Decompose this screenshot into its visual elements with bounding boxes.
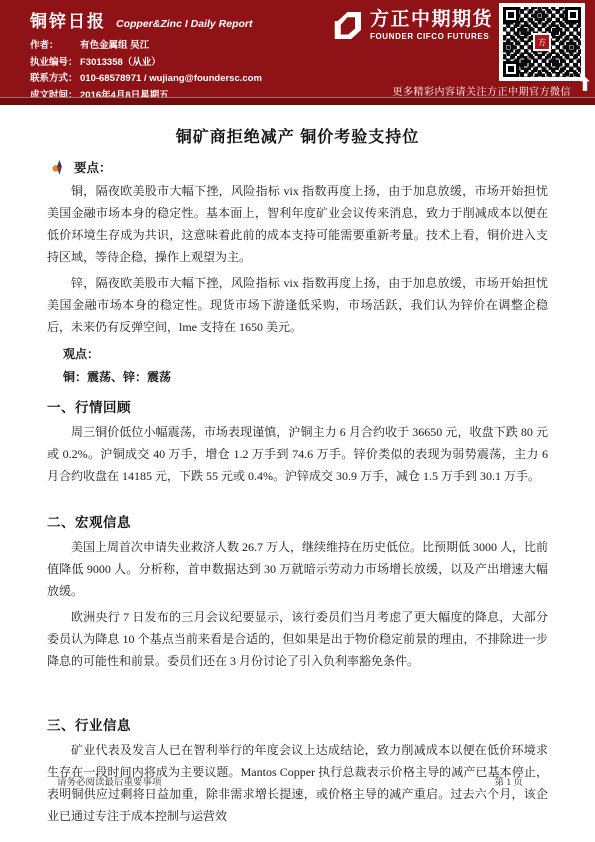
document-body: 铜矿商拒绝减产 铜价考验支持位 要点： 铜，隔夜欧美股市大幅下挫，风险指标 vi…	[0, 105, 595, 827]
article-title: 铜矿商拒绝减产 铜价考验支持位	[47, 124, 548, 147]
founder-logo-icon	[331, 9, 364, 42]
qr-center-logo: 方	[533, 33, 551, 51]
contact-row: 联系方式： 010-68578971 / wujiang@foundersc.c…	[30, 71, 262, 88]
viewpoint-label: 观点：	[47, 346, 548, 363]
license-label: 执业编号：	[30, 55, 80, 72]
report-title-row: 铜锌日报 Copper&Zinc I Daily Report	[30, 7, 262, 32]
masthead-left-block: 铜锌日报 Copper&Zinc I Daily Report 作者： 有色金属…	[30, 7, 262, 104]
masthead-divider	[0, 97, 595, 105]
brand-block: 方正中期期货 FOUNDER CIFCO FUTURES	[331, 9, 493, 42]
section-heading-macro-news: 二、宏观信息	[47, 513, 548, 532]
wechat-note: 更多精彩内容请关注方正中期官方微信	[393, 83, 572, 98]
macro-paragraph-us-jobless: 美国上周首次申请失业救济人数 26.7 万人，继续维持在历史低位。比预期低 30…	[47, 536, 548, 602]
license-row: 执业编号： F3013358（从业）	[30, 55, 262, 72]
license-value: F3013358（从业）	[80, 55, 161, 72]
report-page: 铜锌日报 Copper&Zinc I Daily Report 作者： 有色金属…	[0, 0, 595, 842]
brand-name-cn: 方正中期期货	[370, 9, 493, 30]
keypoints-bullet-icon	[52, 160, 65, 175]
author-row: 作者： 有色金属组 吴江	[30, 38, 262, 55]
brand-text: 方正中期期货 FOUNDER CIFCO FUTURES	[370, 9, 493, 42]
contact-label: 联系方式：	[30, 71, 80, 88]
keypoint-paragraph-copper: 铜，隔夜欧美股市大幅下挫，风险指标 vix 指数再度上扬，由于加息放缓，市场开始…	[47, 180, 548, 268]
author-label: 作者：	[30, 38, 80, 55]
footer-disclaimer: 请务必阅读最后重要事项	[57, 774, 162, 788]
keypoints-row: 要点：	[47, 158, 548, 176]
market-review-paragraph: 周三铜价低位小幅震荡，市场表现谨慎，沪铜主力 6 月合约收于 36650 元，收…	[47, 421, 548, 487]
up-arrow-icon: ⬆	[577, 74, 593, 96]
qr-finder-top-right	[565, 7, 581, 23]
report-title-cn: 铜锌日报	[30, 7, 106, 32]
qr-finder-bottom-left	[503, 61, 519, 77]
viewpoint-value: 铜：震荡、锌：震荡	[47, 369, 548, 386]
section-heading-market-review: 一、行情回顾	[47, 398, 548, 417]
author-value: 有色金属组 吴江	[80, 38, 149, 55]
masthead: 铜锌日报 Copper&Zinc I Daily Report 作者： 有色金属…	[0, 0, 595, 97]
macro-paragraph-ecb: 欧洲央行 7 日发布的三月会议纪要显示，该行委员们当月考虑了更大幅度的降息，大部…	[47, 606, 548, 672]
author-info-block: 作者： 有色金属组 吴江 执业编号： F3013358（从业） 联系方式： 01…	[30, 38, 262, 104]
section-heading-industry-news: 三、行业信息	[47, 716, 548, 735]
contact-value: 010-68578971 / wujiang@foundersc.com	[80, 71, 262, 88]
page-footer: 请务必阅读最后重要事项 第 1 页	[57, 774, 523, 788]
qr-pattern: 方	[503, 7, 581, 77]
wechat-qr-code: 方	[499, 3, 585, 81]
report-title-en: Copper&Zinc I Daily Report	[116, 18, 253, 30]
page-number: 第 1 页	[494, 774, 523, 788]
qr-finder-top-left	[503, 7, 519, 23]
brand-name-en: FOUNDER CIFCO FUTURES	[370, 32, 493, 41]
keypoint-paragraph-zinc: 锌，隔夜欧美股市大幅下挫，风险指标 vix 指数再度上扬，由于加息放缓，市场开始…	[47, 272, 548, 338]
keypoints-label: 要点：	[74, 158, 112, 176]
